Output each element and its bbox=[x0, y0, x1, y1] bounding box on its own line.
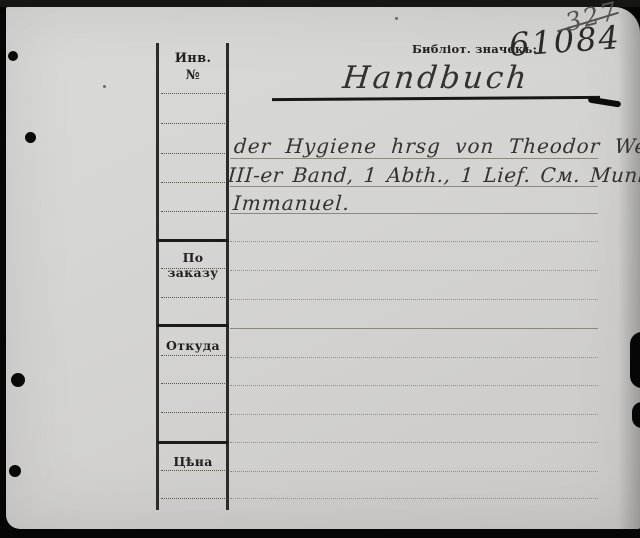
column-dotted-line bbox=[161, 470, 225, 471]
section-divider bbox=[157, 239, 229, 242]
torn-edge-mark bbox=[630, 332, 640, 388]
entry-line: Immanuel. bbox=[232, 191, 351, 215]
inventory-number-label: Инв. № bbox=[157, 50, 229, 84]
section-label-tsena: Цѣна bbox=[157, 454, 229, 469]
inventory-label-line1: Инв. bbox=[157, 50, 229, 67]
entry-line: III-er Band, 1 Abth., 1 Lief. См. Munk bbox=[227, 163, 640, 187]
entry-line: der Hygiene hrsg von Theodor Weyl bbox=[233, 134, 640, 158]
ruled-line bbox=[230, 270, 598, 271]
ruled-line bbox=[230, 299, 598, 300]
column-dotted-line bbox=[161, 211, 225, 212]
column-dotted-line bbox=[161, 383, 225, 384]
scanned-card: Инв. № По заказу Откуда Цѣна Библіот. зн… bbox=[0, 0, 640, 538]
hole-punch bbox=[11, 373, 25, 387]
scan-left-edge bbox=[0, 8, 6, 538]
section-label-otkuda: Откуда bbox=[157, 338, 229, 353]
section-divider bbox=[157, 441, 229, 444]
ruled-line bbox=[230, 328, 598, 329]
ruled-line bbox=[230, 471, 598, 472]
ruled-line bbox=[230, 442, 598, 443]
column-dotted-line bbox=[161, 123, 225, 124]
column-dotted-line bbox=[161, 412, 225, 413]
section-label-po-zakazu: По заказу bbox=[157, 250, 229, 280]
inventory-label-line2: № bbox=[157, 67, 229, 84]
hole-punch bbox=[9, 465, 21, 477]
ruled-line bbox=[230, 385, 598, 386]
paper-speck bbox=[395, 17, 398, 20]
hole-punch bbox=[8, 51, 18, 61]
scan-top-edge bbox=[0, 0, 640, 7]
hole-punch bbox=[25, 132, 36, 143]
ruled-line bbox=[230, 357, 598, 358]
paper-right-shadow bbox=[618, 7, 640, 529]
paper-speck bbox=[103, 85, 106, 88]
ruled-line bbox=[230, 241, 598, 242]
scan-bottom-edge bbox=[0, 529, 640, 538]
section-divider bbox=[157, 324, 229, 327]
ruled-line bbox=[230, 498, 598, 499]
column-dotted-line bbox=[161, 93, 225, 94]
column-dotted-line bbox=[161, 355, 225, 356]
card-title: Handbuch bbox=[270, 60, 602, 96]
ruled-line bbox=[230, 158, 598, 159]
ruled-line bbox=[230, 414, 598, 415]
column-dotted-line bbox=[161, 153, 225, 154]
torn-edge-mark bbox=[632, 402, 640, 428]
column-dotted-line bbox=[161, 297, 225, 298]
column-dotted-line bbox=[161, 182, 225, 183]
column-dotted-line bbox=[161, 498, 225, 499]
